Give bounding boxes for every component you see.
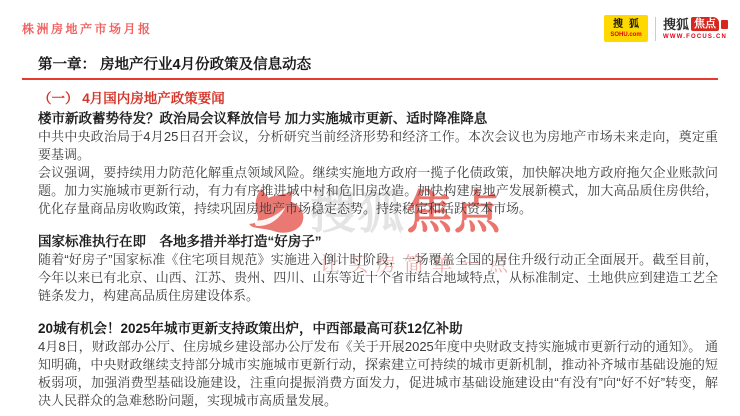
sohu-focus-logo-badge: 焦点 — [691, 17, 719, 31]
article-title: 楼市新政蓄势待发？政治局会议释放信号 加力实施城市更新、适时降准降息 — [38, 110, 718, 128]
article-title: 国家标准执行在即 各地多措并举打造“好房子” — [38, 233, 718, 251]
article-paragraph: 4月8日，财政部办公厅、住房城乡建设部办公厅发布《关于开展2025年度中央财政支… — [38, 338, 718, 410]
article-paragraph: 随着“好房子”国家标准《住宅项目规范》实施进入倒计时阶段，一场覆盖全国的居住升级… — [38, 251, 718, 305]
sohu-focus-logo: 搜狐 焦点 WWW.FOCUS.CN — [663, 17, 728, 40]
chapter-title: 第一章： 房地产行业4月份政策及信息动态 — [38, 53, 311, 74]
brand-logos: 搜狐 SOHU.com 搜狐 焦点 WWW.FOCUS.CN — [604, 15, 728, 42]
sohu-logo: 搜狐 SOHU.com — [604, 15, 648, 42]
sohu-focus-logo-url: WWW.FOCUS.CN — [663, 34, 728, 40]
article-good-house-standard: 国家标准执行在即 各地多措并举打造“好房子” 随着“好房子”国家标准《住宅项目规… — [38, 233, 718, 305]
article-paragraph: 中共中央政治局于4月25日召开会议，分析研究当前经济形势和经济工作。本次会议也为… — [38, 128, 718, 164]
section-heading: （一） 4月国内房地产政策要闻 — [38, 90, 718, 108]
article-urban-renewal-subsidy: 20城有机会！2025年城市更新支持政策出炉，中西部最高可获12亿补助 4月8日… — [38, 320, 718, 410]
sohu-focus-logo-square — [721, 20, 728, 29]
sohu-logo-url: SOHU.com — [610, 32, 641, 38]
report-title: 株洲房地产市场月报 — [22, 20, 153, 37]
report-page: 株洲房地产市场月报 搜狐 SOHU.com 搜狐 焦点 WWW.FOCUS.CN… — [0, 0, 740, 416]
logo-divider — [655, 17, 656, 41]
report-content: （一） 4月国内房地产政策要闻 楼市新政蓄势待发？政治局会议释放信号 加力实施城… — [38, 90, 718, 410]
sohu-focus-logo-row: 搜狐 焦点 — [663, 17, 728, 31]
red-divider — [22, 78, 718, 80]
article-title: 20城有机会！2025年城市更新支持政策出炉，中西部最高可获12亿补助 — [38, 320, 718, 338]
article-paragraph: 会议强调，要持续用力防范化解重点领域风险。继续实施地方政府一揽子化债政策，加快解… — [38, 164, 718, 218]
sohu-focus-logo-text: 搜狐 — [663, 18, 689, 31]
sohu-logo-text: 搜狐 — [613, 20, 645, 30]
article-policy-bureau: 楼市新政蓄势待发？政治局会议释放信号 加力实施城市更新、适时降准降息 中共中央政… — [38, 110, 718, 218]
